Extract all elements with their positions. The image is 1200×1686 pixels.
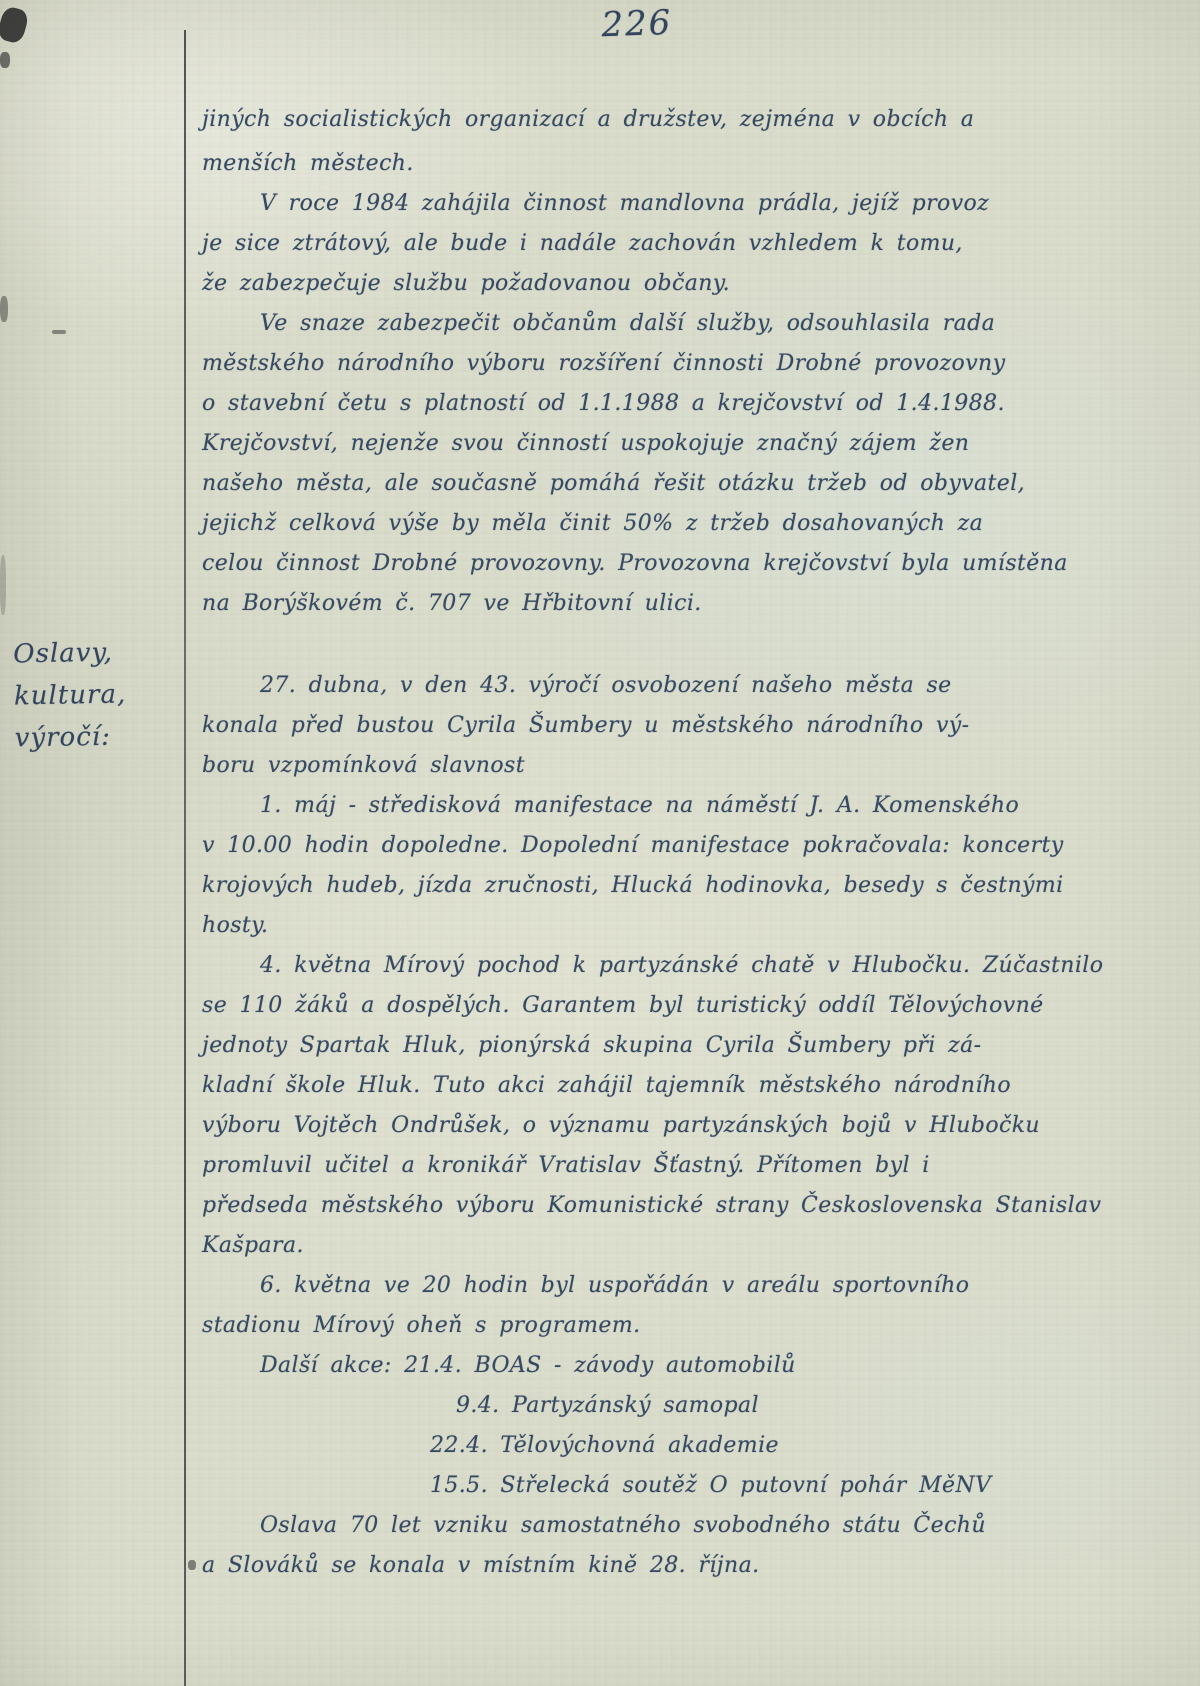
text-line: našeho města, ale současně pomáhá řešit …	[202, 464, 1102, 504]
text-line: Krejčovství, nejenže svou činností uspok…	[202, 424, 1102, 464]
text-line: o stavební četu s platností od 1.1.1988 …	[202, 384, 1102, 424]
text-line: Kašpara.	[202, 1226, 1102, 1266]
text-line: Další akce: 21.4. BOAS - závody automobi…	[260, 1346, 1102, 1386]
page-number: 226	[601, 3, 673, 45]
scan-smudge	[0, 555, 6, 615]
text-line: 6. května ve 20 hodin byl uspořádán v ar…	[260, 1266, 1102, 1306]
scan-smudge	[0, 296, 8, 322]
text-line: krojových hudeb, jízda zručnosti, Hlucká…	[202, 866, 1102, 906]
text-line: jednoty Spartak Hluk, pionýrská skupina …	[202, 1026, 1102, 1066]
document-text: jiných socialistických organizací a druž…	[202, 100, 1102, 1586]
scan-smudge	[0, 5, 30, 45]
margin-rule	[184, 30, 186, 1686]
text-line: promluvil učitel a kronikář Vratislav Šť…	[202, 1146, 1102, 1186]
text-line: 15.5. Střelecká soutěž O putovní pohár M…	[430, 1466, 1102, 1506]
text-line: se 110 žáků a dospělých. Garantem byl tu…	[202, 986, 1102, 1026]
text-line: hosty.	[202, 906, 1102, 946]
text-line: v 10.00 hodin dopoledne. Dopolední manif…	[202, 826, 1102, 866]
text-line: že zabezpečuje službu požadovanou občany…	[202, 264, 1102, 304]
chronicle-page: 226 Oslavy,kultura,výročí: jiných social…	[0, 0, 1200, 1686]
text-line: kladní škole Hluk. Tuto akci zahájil taj…	[202, 1066, 1102, 1106]
text-line: výboru Vojtěch Ondrůšek, o významu party…	[202, 1106, 1102, 1146]
text-line: stadionu Mírový oheň s programem.	[202, 1306, 1102, 1346]
text-line: 1. máj - středisková manifestace na námě…	[260, 786, 1102, 826]
text-line: menších městech.	[202, 144, 1102, 184]
scan-smudge	[52, 330, 66, 334]
text-line: Oslava 70 let vzniku samostatného svobod…	[260, 1506, 1102, 1546]
margin-note-line: Oslavy,	[13, 631, 179, 676]
text-line: městského národního výboru rozšíření čin…	[202, 344, 1102, 384]
text-line: konala před bustou Cyrila Šumbery u měst…	[202, 706, 1102, 746]
text-line: V roce 1984 zahájila činnost mandlovna p…	[260, 184, 1102, 224]
text-line: a Slováků se konala v místním kině 28. ř…	[202, 1546, 1102, 1586]
text-line: 9.4. Partyzánský samopal	[456, 1386, 1102, 1426]
text-line: je sice ztrátový, ale bude i nadále zach…	[202, 224, 1102, 264]
text-line: jejichž celková výše by měla činit 50% z…	[202, 504, 1102, 544]
margin-note-line: výročí:	[14, 715, 180, 760]
text-line: 4. května Mírový pochod k partyzánské ch…	[260, 946, 1102, 986]
text-line: celou činnost Drobné provozovny. Provozo…	[202, 544, 1102, 584]
text-line: boru vzpomínková slavnost	[202, 746, 1102, 786]
text-line: jiných socialistických organizací a druž…	[202, 100, 1102, 140]
text-line: předseda městského výboru Komunistické s…	[202, 1186, 1102, 1226]
text-line: na Borýškovém č. 707 ve Hřbitovní ulici.	[202, 584, 1102, 624]
margin-note: Oslavy,kultura,výročí:	[13, 631, 180, 760]
text-line: 27. dubna, v den 43. výročí osvobození n…	[260, 666, 1102, 706]
margin-note-line: kultura,	[14, 673, 180, 718]
text-line: 22.4. Tělovýchovná akademie	[430, 1426, 1102, 1466]
scan-smudge	[0, 52, 10, 68]
scan-smudge	[188, 1560, 196, 1570]
text-line: Ve snaze zabezpečit občanům další služby…	[260, 304, 1102, 344]
